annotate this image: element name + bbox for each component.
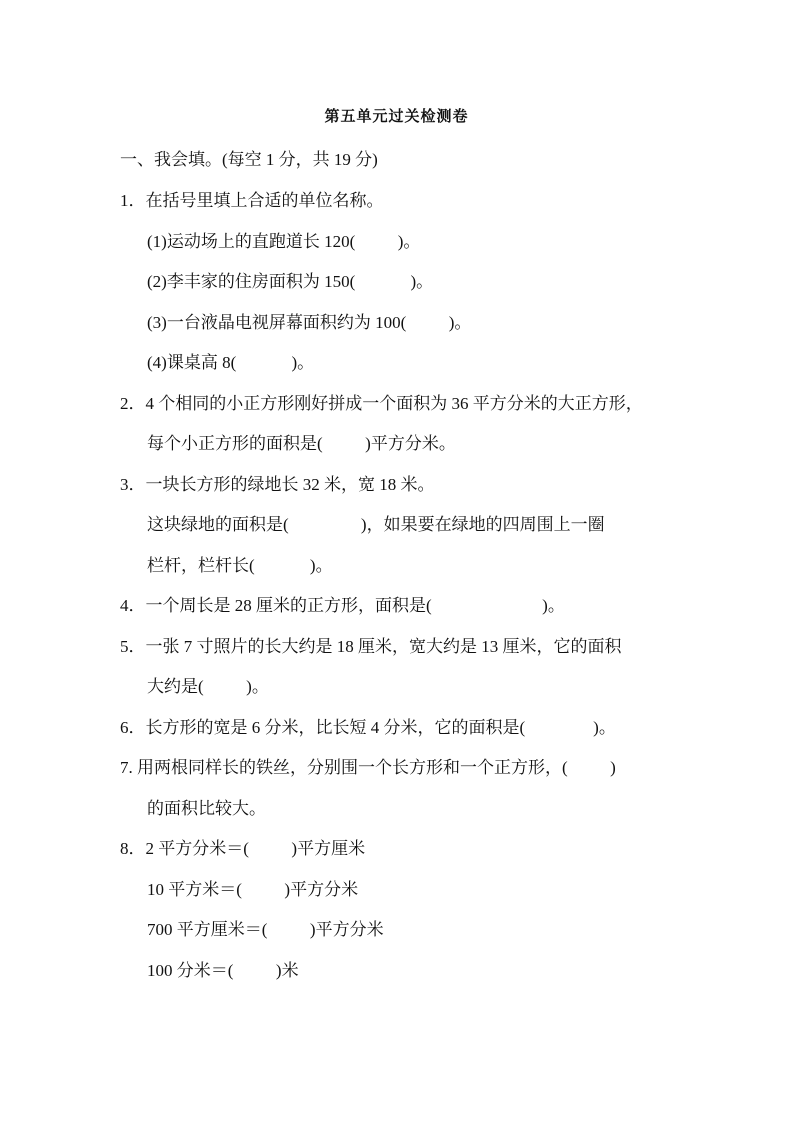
question-line: 700 平方厘米＝( )平方分米 [147, 919, 384, 941]
question-line: 6．长方形的宽是 6 分米，比长短 4 分米，它的面积是( )。 [120, 717, 616, 739]
question-line: 3．一块长方形的绿地长 32 米，宽 18 米。 [120, 474, 435, 496]
question-line: 栏杆，栏杆长( )。 [147, 555, 333, 577]
question-line: 大约是( )。 [147, 676, 269, 698]
question-line: 5．一张 7 寸照片的长大约是 18 厘米，宽大约是 13 厘米，它的面积 [120, 636, 622, 658]
question-line: 4．一个周长是 28 厘米的正方形，面积是( )。 [120, 595, 565, 617]
question-line: 1．在括号里填上合适的单位名称。 [120, 190, 384, 212]
page-title: 第五单元过关检测卷 [0, 105, 793, 126]
question-line: 的面积比较大。 [147, 798, 266, 820]
section-heading: 一、我会填。(每空 1 分，共 19 分) [120, 149, 378, 171]
question-line: 2．4 个相同的小正方形刚好拼成一个面积为 36 平方分米的大正方形， [120, 393, 643, 415]
question-line: 这块绿地的面积是( )，如果要在绿地的四周围上一圈 [147, 514, 605, 536]
question-line: 10 平方米＝( )平方分米 [147, 879, 358, 901]
question-line: (1)运动场上的直跑道长 120( )。 [147, 231, 420, 253]
question-line: 7. 用两根同样长的铁丝，分别围一个长方形和一个正方形，( ) [120, 757, 616, 779]
question-line: (4)课桌高 8( )。 [147, 352, 314, 374]
question-line: 8．2 平方分米＝( )平方厘米 [120, 838, 365, 860]
question-line: (3)一台液晶电视屏幕面积约为 100( )。 [147, 312, 471, 334]
question-line: 100 分米＝( )米 [147, 960, 299, 982]
question-line: 每个小正方形的面积是( )平方分米。 [147, 433, 456, 455]
question-line: (2)李丰家的住房面积为 150( )。 [147, 271, 433, 293]
